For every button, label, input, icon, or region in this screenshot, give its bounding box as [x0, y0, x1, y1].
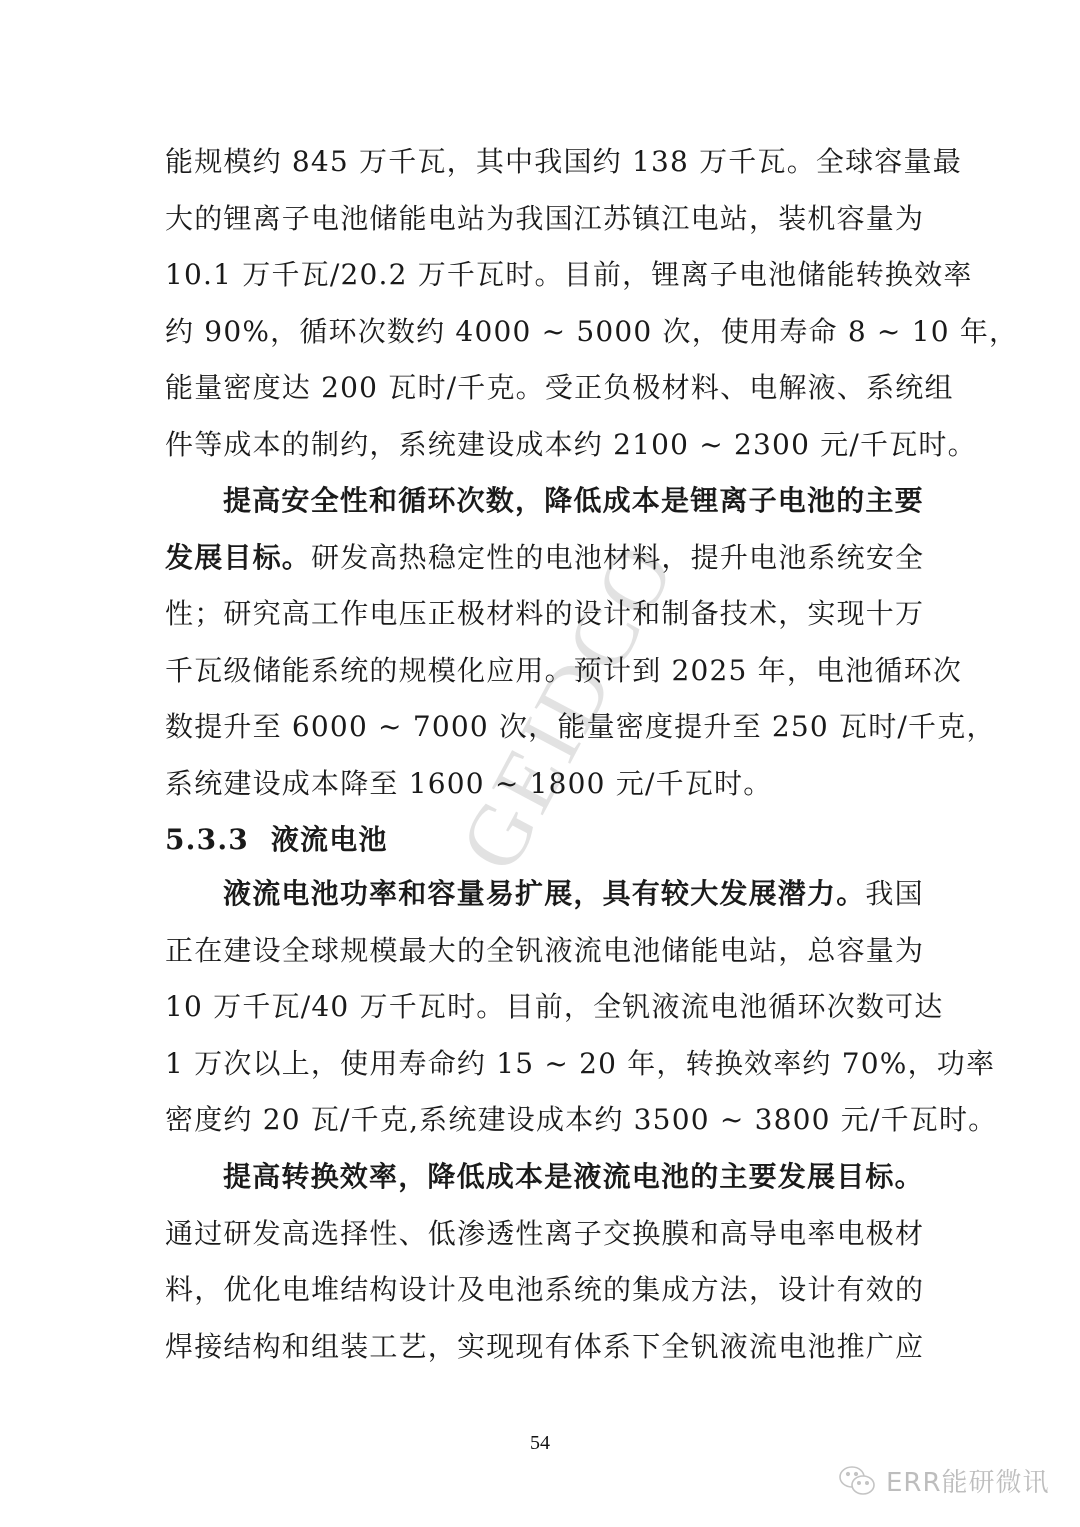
- wechat-brand-watermark: ERR能研微讯: [838, 1462, 1050, 1499]
- text-line: 能规模约 845 万千瓦，其中我国约 138 万千瓦。全球容量最: [165, 134, 917, 191]
- text-line: 系统建设成本降至 1600 ~ 1800 元/千瓦时。: [165, 756, 917, 813]
- bold-lead-line: 提高安全性和循环次数，降低成本是锂离子电池的主要: [165, 473, 917, 530]
- text-line: 能量密度达 200 瓦时/千克。受正负极材料、电解液、系统组: [165, 360, 917, 417]
- text-span: 我国: [865, 877, 923, 910]
- text-line: 焊接结构和组装工艺，实现现有体系下全钒液流电池推广应: [165, 1319, 917, 1376]
- bold-lead-line: 提高转换效率，降低成本是液流电池的主要发展目标。: [165, 1149, 917, 1206]
- page-number: 54: [0, 1432, 1080, 1455]
- text-line: 发展目标。研发高热稳定性的电池材料，提升电池系统安全: [165, 530, 917, 587]
- document-page: GEIDCO 能规模约 845 万千瓦，其中我国约 138 万千瓦。全球容量最 …: [0, 0, 1080, 1527]
- paragraph-1: 能规模约 845 万千瓦，其中我国约 138 万千瓦。全球容量最 大的锂离子电池…: [165, 134, 917, 473]
- text-line: 液流电池功率和容量易扩展，具有较大发展潜力。我国: [165, 866, 917, 923]
- text-line: 约 90%，循环次数约 4000 ~ 5000 次，使用寿命 8 ~ 10 年，: [165, 304, 917, 361]
- text-line: 数提升至 6000 ~ 7000 次，能量密度提升至 250 瓦时/千克，: [165, 699, 917, 756]
- text-line: 料，优化电堆结构设计及电池系统的集成方法，设计有效的: [165, 1262, 917, 1319]
- text-line: 10.1 万千瓦/20.2 万千瓦时。目前，锂离子电池储能转换效率: [165, 247, 917, 304]
- bold-lead: 液流电池功率和容量易扩展，具有较大发展潜力。: [223, 877, 865, 910]
- section-number: 5.3.3: [165, 823, 249, 856]
- text-line: 千瓦级储能系统的规模化应用。预计到 2025 年，电池循环次: [165, 643, 917, 700]
- text-line: 性；研究高工作电压正极材料的设计和制备技术，实现十万: [165, 586, 917, 643]
- text-span: 研发高热稳定性的电池材料，提升电池系统安全: [311, 541, 924, 574]
- section-heading: 5.3.3 液流电池: [165, 812, 917, 869]
- brand-label: ERR能研微讯: [886, 1462, 1050, 1499]
- text-line: 大的锂离子电池储能电站为我国江苏镇江电站，装机容量为: [165, 191, 917, 248]
- section-title: 液流电池: [271, 823, 388, 856]
- text-line: 10 万千瓦/40 万千瓦时。目前，全钒液流电池循环次数可达: [165, 979, 917, 1036]
- text-line: 1 万次以上，使用寿命约 15 ~ 20 年，转换效率约 70%，功率: [165, 1036, 917, 1093]
- text-line: 件等成本的制约，系统建设成本约 2100 ~ 2300 元/千瓦时。: [165, 417, 917, 474]
- bold-lead-continuation: 发展目标。: [165, 541, 311, 574]
- paragraph-4: 提高转换效率，降低成本是液流电池的主要发展目标。 通过研发高选择性、低渗透性离子…: [165, 1149, 917, 1375]
- paragraph-2: 提高安全性和循环次数，降低成本是锂离子电池的主要 发展目标。研发高热稳定性的电池…: [165, 473, 917, 812]
- paragraph-3: 液流电池功率和容量易扩展，具有较大发展潜力。我国 正在建设全球规模最大的全钒液流…: [165, 866, 917, 1149]
- text-line: 密度约 20 瓦/千克,系统建设成本约 3500 ~ 3800 元/千瓦时。: [165, 1092, 917, 1149]
- wechat-icon: [838, 1464, 878, 1498]
- text-line: 通过研发高选择性、低渗透性离子交换膜和高导电率电极材: [165, 1206, 917, 1263]
- text-line: 正在建设全球规模最大的全钒液流电池储能电站，总容量为: [165, 923, 917, 980]
- heading-line: 5.3.3 液流电池: [165, 812, 917, 869]
